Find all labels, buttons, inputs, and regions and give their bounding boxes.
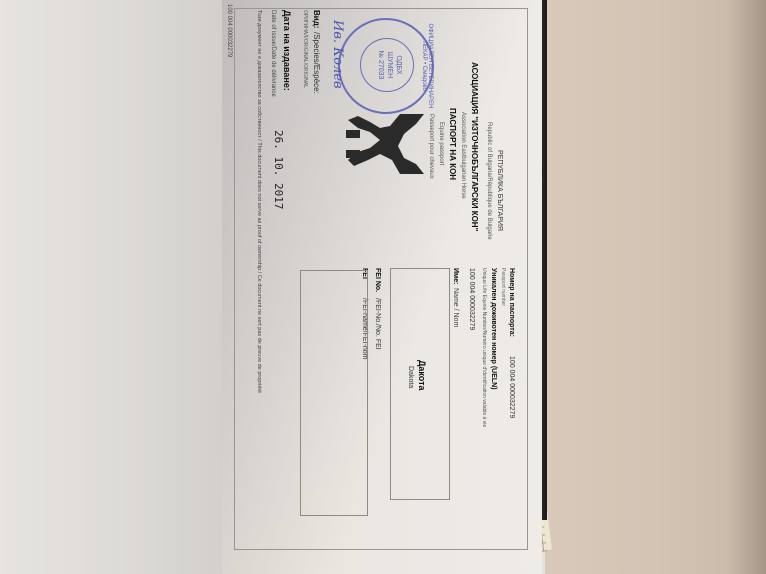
footer-number-v: 100 004 000032279: [226, 4, 232, 57]
veterinary-stamp: ОФИЦИАЛЕН ВЕТЕРИНАРЕН ЛЕКАР • Смядово ОД…: [338, 18, 434, 114]
association-bg: АСОЦИАЦИЯ "ИЗТОЧНОБЪЛГАРСКИ КОН": [470, 62, 479, 231]
stamp-center: ОДБХ ШУМЕН № 27033: [360, 38, 414, 92]
name-sub: Name / Nom: [452, 288, 459, 327]
issue-date-label-v: Дата на издаване:: [282, 10, 292, 91]
name-label: Име:: [452, 268, 459, 284]
stamp-line-2: ШУМЕН: [385, 39, 394, 91]
passport-number-value: 100 004 000032279: [508, 356, 515, 418]
signature: Ив. Колев: [330, 20, 345, 89]
passport-number-label: Номер на паспорта:: [508, 268, 515, 337]
horse-logo-icon: [340, 108, 430, 184]
species-label-v: Вид:: [312, 10, 321, 28]
name-value-bg: Дакота: [417, 360, 427, 391]
issue-date-sub-v: Date of issue/Date de délivrance: [270, 10, 276, 97]
background-left: [0, 0, 222, 574]
fei-no-label: FEI No.: [374, 268, 381, 292]
stamp-line-1: ОДБХ: [394, 39, 403, 91]
association-en: Association Eastbulgarian Horse: [460, 112, 466, 199]
country-en-fr: Republic of Bulgaria/République de Bulga…: [486, 122, 492, 240]
stamp-ring-text: ОФИЦИАЛЕН ВЕТЕРИНАРЕН ЛЕКАР • Смядово: [421, 20, 433, 112]
stamp-line-3: № 27033: [376, 39, 385, 91]
ueln-value: 100 004 000032279: [468, 268, 475, 330]
passport-title-en: Equine passport: [438, 122, 444, 165]
background-right: [545, 0, 766, 574]
issue-date-value-v: 26. 10. 2017: [272, 130, 285, 209]
fei-box: [300, 270, 368, 516]
ueln-sub: Unique Life Equine Number/Numéro unique …: [481, 268, 487, 427]
species-sub-v: /Species/Espèce:: [312, 32, 321, 94]
name-value-en: Dakota: [407, 366, 414, 388]
passport-number-sub: Passport number: [500, 268, 506, 306]
ueln-label: Уникален доживотен номер (UELN): [490, 268, 497, 390]
copy-type-v: ОРИГИНАЛ/ORIGINAL/ORIGINAL: [302, 10, 308, 88]
country-bg: РЕПУБЛИКА БЪЛГАРИЯ: [496, 150, 503, 231]
fei-no-sub: /FEI-No./No. FEI: [374, 298, 381, 350]
passport-title-bg: ПАСПОРТ НА КОН: [448, 108, 457, 180]
disclaimer-v: Този документ не е доказателство за собс…: [256, 10, 262, 393]
